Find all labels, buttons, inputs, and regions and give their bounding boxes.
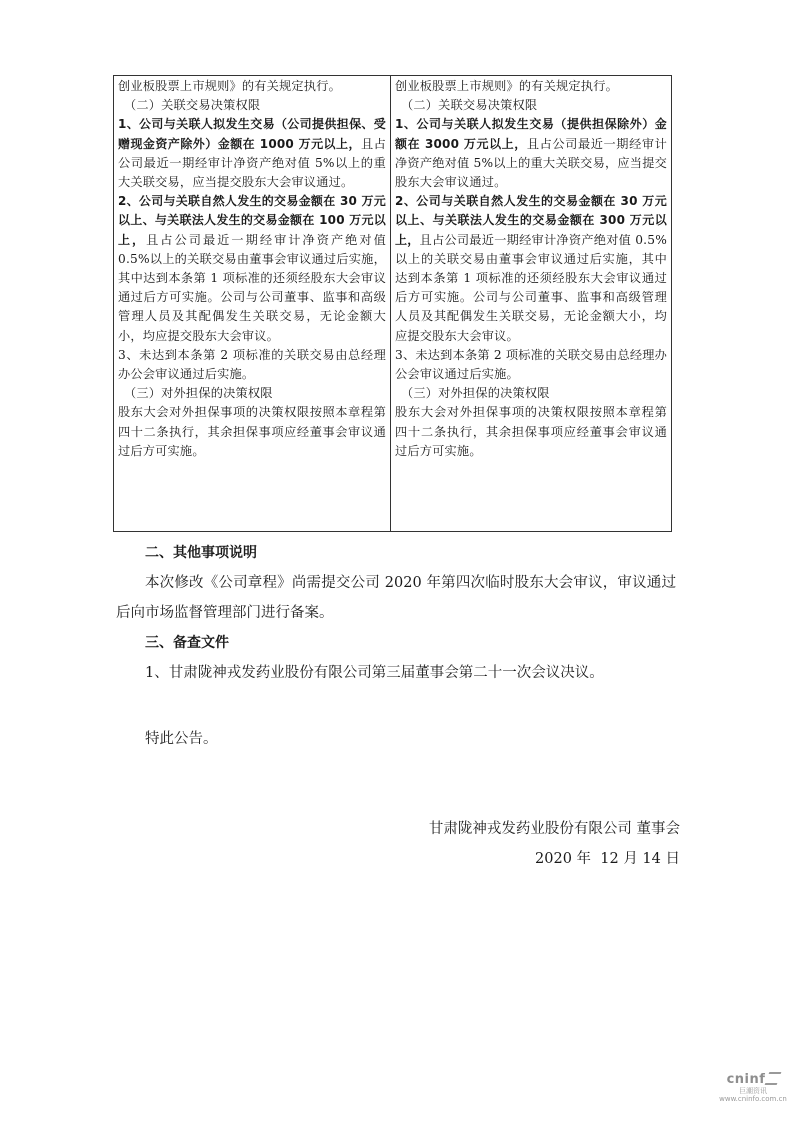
cninfo-logo: cninf (718, 1068, 788, 1087)
other-matters-heading: 二、其他事项说明 (116, 538, 676, 568)
right-clause-2: 2、公司与关联自然人发生的交易金额在 30 万元以上、与关联法人发生的交易金额在… (395, 192, 667, 346)
reference-doc-item: 1、甘肃陇神戎发药业股份有限公司第三届董事会第二十一次会议决议。 (116, 658, 676, 688)
cninfo-url: www.cninfo.com.cn (718, 1095, 788, 1104)
cninfo-chinese-name: 巨潮资讯 (718, 1087, 788, 1095)
right-clause-1: 1、公司与关联人拟发生交易（提供担保除外）金额在 3000 万元以上，且占公司最… (395, 115, 667, 192)
left-clause-1-bold: 1、公司与关联人拟发生交易（公司提供担保、受赠现金资产除外）金额在 1000 万… (118, 117, 386, 150)
document-page: 创业板股票上市规则》的有关规定执行。 （二）关联交易决策权限 1、公司与关联人拟… (0, 0, 793, 1122)
right-clause-3: 3、未达到本条第 2 项标准的关联交易由总经理办公会审议通过后实施。 (395, 346, 667, 384)
left-subheading-2: （二）关联交易决策权限 (118, 96, 386, 115)
closing-section: 特此公告。 (116, 724, 676, 754)
right-subheading-2: （二）关联交易决策权限 (395, 96, 667, 115)
cninfo-brand: cninf (727, 1072, 766, 1087)
reference-docs-section: 三、备查文件 1、甘肃陇神戎发药业股份有限公司第三届董事会第二十一次会议决议。 (116, 628, 676, 688)
left-clause-3: 3、未达到本条第 2 项标准的关联交易由总经理办公会审议通过后实施。 (118, 346, 386, 384)
signature-block: 甘肃陇神戎发药业股份有限公司 董事会 2020 年 12 月 14 日 (429, 814, 680, 874)
left-clause-1: 1、公司与关联人拟发生交易（公司提供担保、受赠现金资产除外）金额在 1000 万… (118, 115, 386, 192)
cninfo-logo-icon (765, 1072, 782, 1085)
left-clause-2-text: 且占公司最近一期经审计净资产绝对值 0.5%以上的关联交易由董事会审议通过后实施… (118, 233, 386, 343)
original-text-cell: 创业板股票上市规则》的有关规定执行。 （二）关联交易决策权限 1、公司与关联人拟… (114, 76, 391, 532)
right-line-1: 创业板股票上市规则》的有关规定执行。 (395, 77, 667, 96)
right-clause-2-text: 且占公司最近一期经审计净资产绝对值 0.5%以上的关联交易由董事会审议通过后实施… (395, 233, 667, 343)
left-subheading-3: （三）对外担保的决策权限 (118, 384, 386, 403)
other-matters-body: 本次修改《公司章程》尚需提交公司 2020 年第四次临时股东大会审议，审议通过后… (116, 568, 676, 628)
table-row: 创业板股票上市规则》的有关规定执行。 （二）关联交易决策权限 1、公司与关联人拟… (114, 76, 672, 532)
left-guarantee-text: 股东大会对外担保事项的决策权限按照本章程第四十二条执行，其余担保事项应经董事会审… (118, 403, 386, 461)
revised-text-cell: 创业板股票上市规则》的有关规定执行。 （二）关联交易决策权限 1、公司与关联人拟… (391, 76, 672, 532)
left-line-1: 创业板股票上市规则》的有关规定执行。 (118, 77, 386, 96)
signature-date: 2020 年 12 月 14 日 (429, 844, 680, 874)
other-matters-section: 二、其他事项说明 本次修改《公司章程》尚需提交公司 2020 年第四次临时股东大… (116, 538, 676, 628)
cninfo-watermark: cninf 巨潮资讯 www.cninfo.com.cn (718, 1068, 788, 1104)
right-subheading-3: （三）对外担保的决策权限 (395, 384, 667, 403)
signature-company: 甘肃陇神戎发药业股份有限公司 董事会 (429, 814, 680, 844)
left-clause-2: 2、公司与关联自然人发生的交易金额在 30 万元以上、与关联法人发生的交易金额在… (118, 192, 386, 346)
reference-docs-heading: 三、备查文件 (116, 628, 676, 658)
comparison-table: 创业板股票上市规则》的有关规定执行。 （二）关联交易决策权限 1、公司与关联人拟… (113, 75, 672, 532)
right-guarantee-text: 股东大会对外担保事项的决策权限按照本章程第四十二条执行，其余担保事项应经董事会审… (395, 403, 667, 461)
closing-text: 特此公告。 (116, 724, 676, 754)
